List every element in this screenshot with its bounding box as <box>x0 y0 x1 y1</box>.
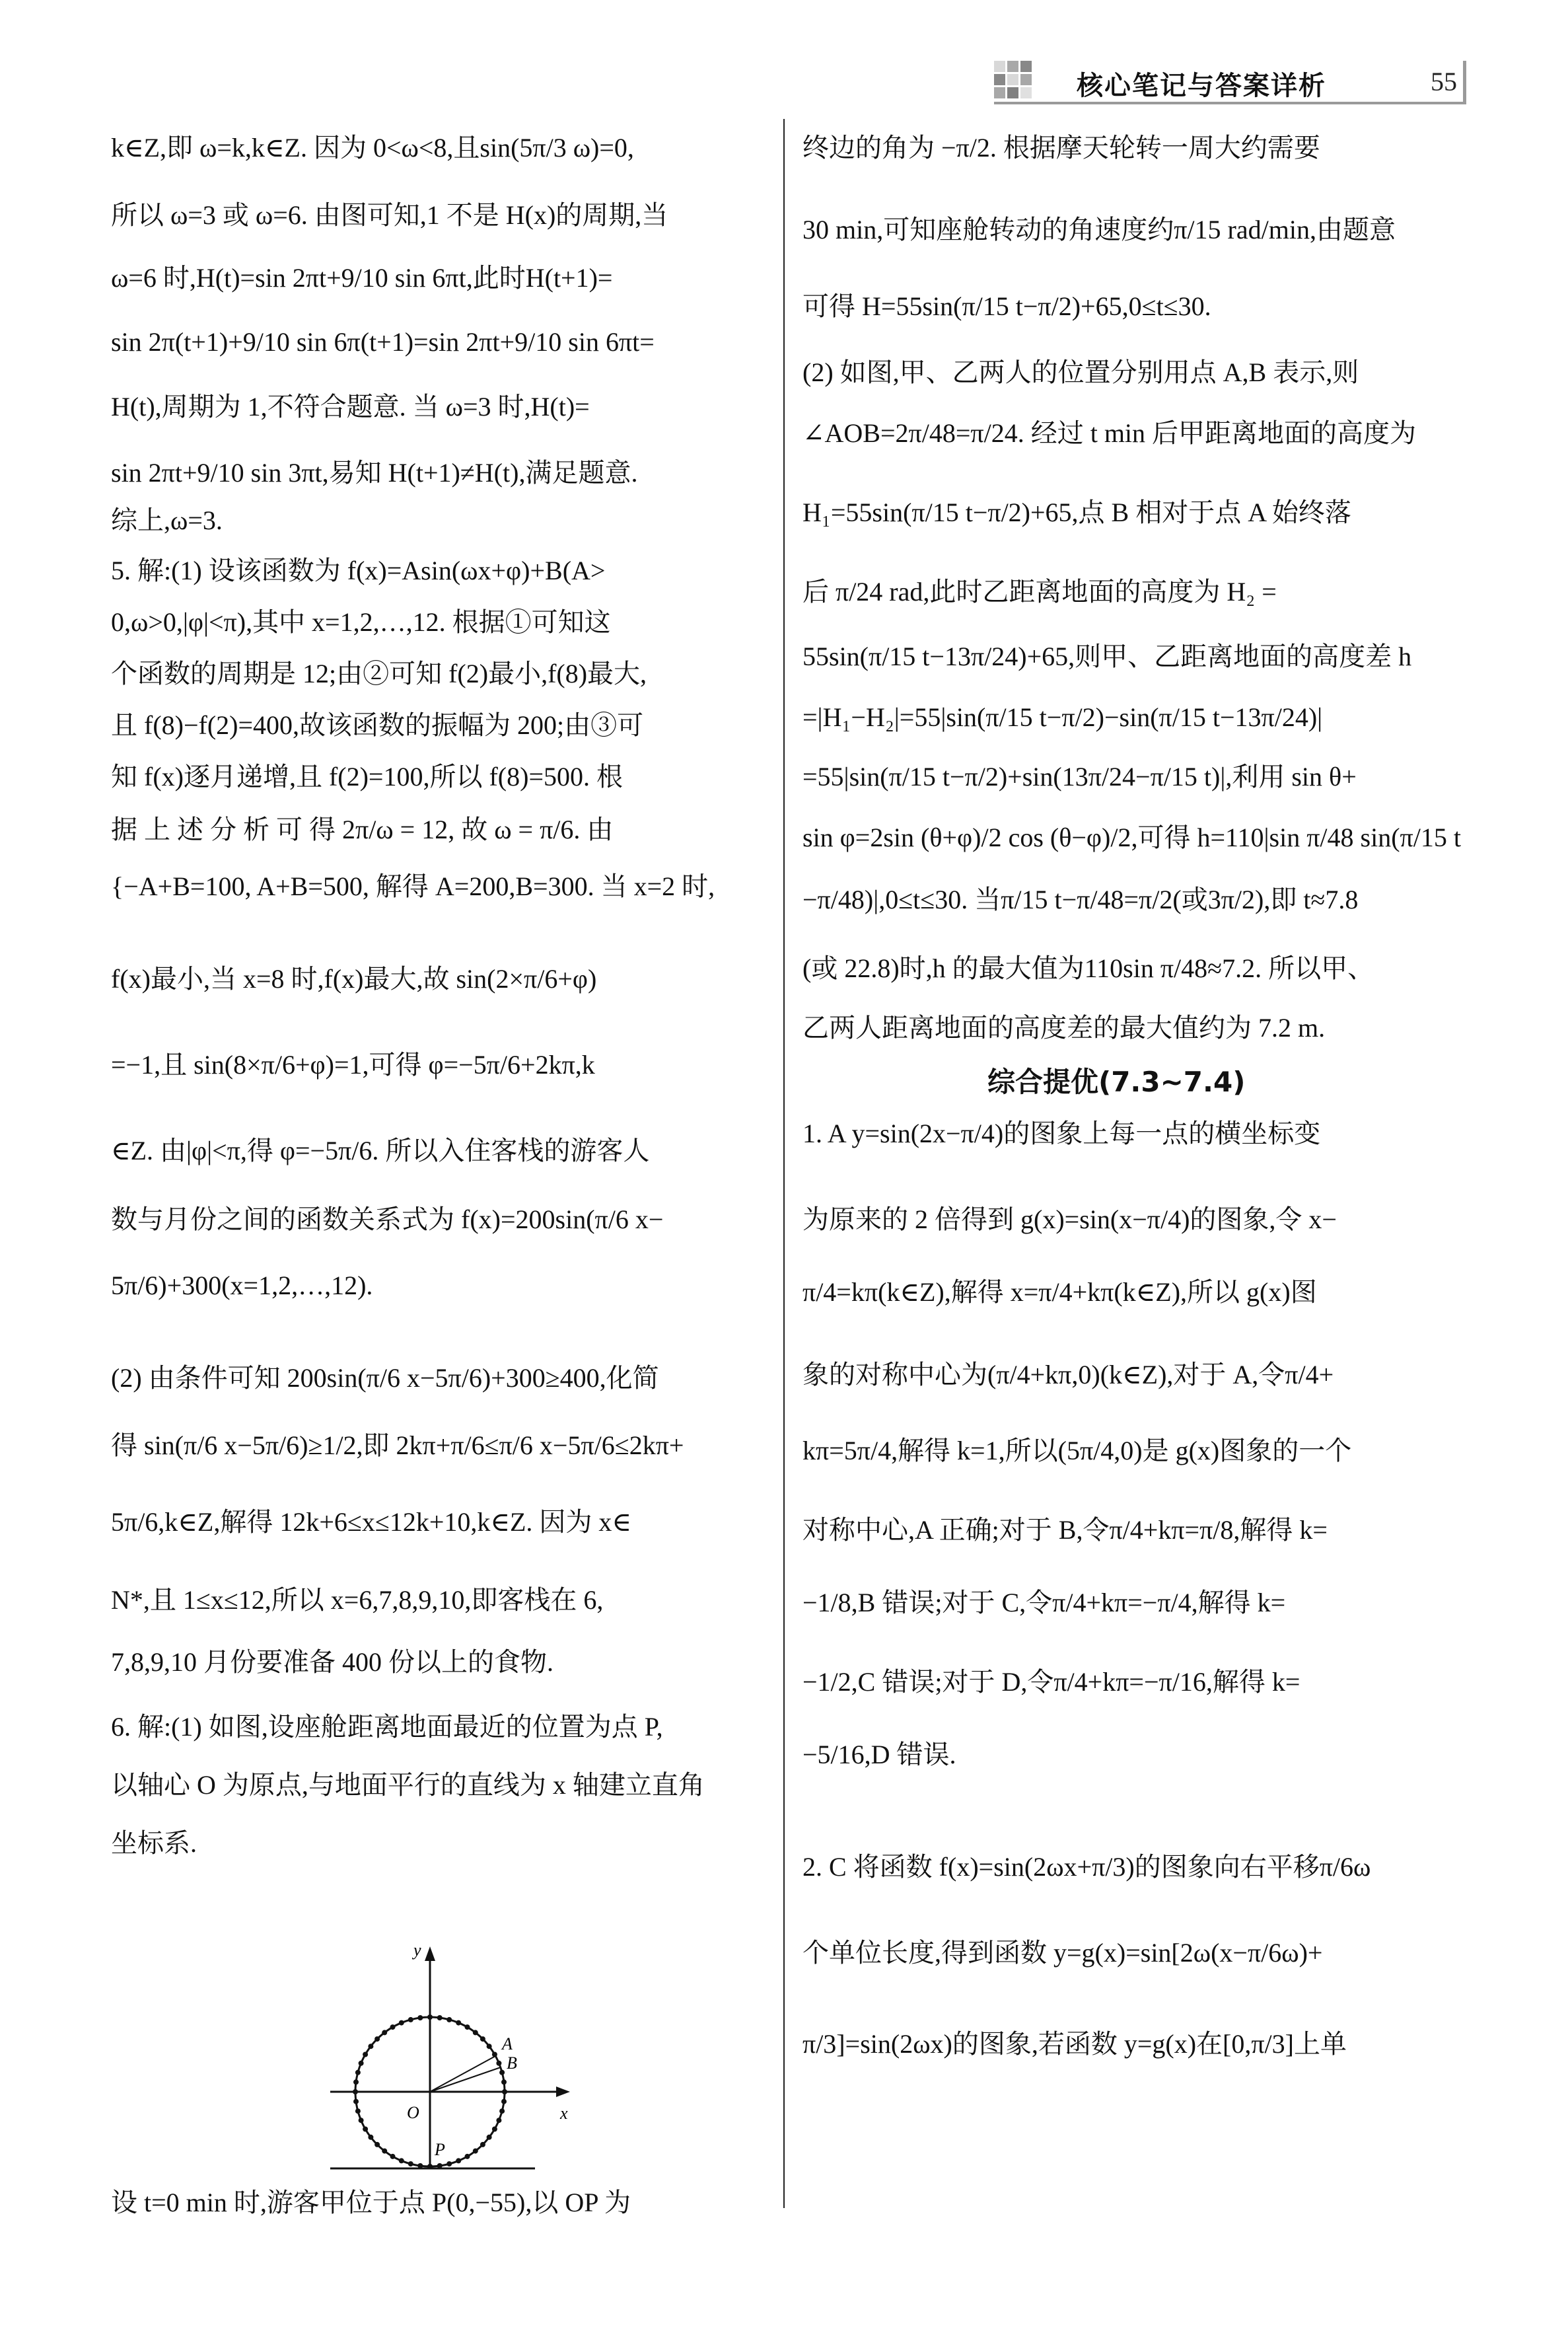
x-axis-label: x <box>559 2104 568 2123</box>
text-line: −1/2,C 错误;对于 D,令π/4+kπ=−π/16,解得 k= <box>802 1665 1300 1699</box>
text-line: 为原来的 2 倍得到 g(x)=sin(x−π/4)的图象,令 x− <box>802 1202 1337 1237</box>
header-side-bar <box>1463 61 1466 104</box>
text-line: H₁=55sin(π/15 t−π/2)+65,点 B 相对于点 A 始终落 <box>802 496 1351 530</box>
text-line: k∈Z,即 ω=k,k∈Z. 因为 0<ω<8,且sin(5π/3 ω)=0, <box>111 131 634 165</box>
text-line: sin 2πt+9/10 sin 3πt,易知 H(t+1)≠H(t),满足题意… <box>111 456 637 490</box>
page-header: 核心笔记与答案详析 55 <box>994 61 1466 104</box>
text-line: 以轴心 O 为原点,与地面平行的直线为 x 轴建立直角 <box>111 1768 705 1802</box>
text-line: kπ=5π/4,解得 k=1,所以(5π/4,0)是 g(x)图象的一个 <box>802 1434 1351 1468</box>
text-line: 55sin(π/15 t−13π/24)+65,则甲、乙距离地面的高度差 h <box>802 640 1411 674</box>
page-number: 55 <box>1431 66 1457 97</box>
point-p-label: P <box>434 2140 445 2159</box>
section-title: 综合提优(7.3~7.4) <box>987 1065 1245 1099</box>
origin-label: O <box>407 2103 419 2122</box>
text-line: 5π/6,k∈Z,解得 12k+6≤x≤12k+10,k∈Z. 因为 x∈ <box>111 1505 631 1539</box>
text-line: 个单位长度,得到函数 y=g(x)=sin[2ω(x−π/6ω)+ <box>802 1936 1322 1970</box>
header-rule <box>994 102 1466 104</box>
header-title: 核心笔记与答案详析 <box>1077 65 1326 102</box>
header-decoration-squares <box>994 61 1034 100</box>
problem-6-start: 6. 解:(1) 如图,设座舱距离地面最近的位置为点 P, <box>111 1710 663 1744</box>
text-line: sin 2π(t+1)+9/10 sin 6π(t+1)=sin 2πt+9/1… <box>111 325 655 359</box>
text-line: 象的对称中心为(π/4+kπ,0)(k∈Z),对于 A,令π/4+ <box>802 1358 1334 1392</box>
text-line: ∈Z. 由|φ|<π,得 φ=−5π/6. 所以入住客栈的游客人 <box>111 1134 649 1168</box>
text-line: −π/48)|,0≤t≤30. 当π/15 t−π/48=π/2(或3π/2),… <box>802 883 1358 917</box>
column-divider <box>783 119 785 2208</box>
point-b-label: B <box>507 2053 517 2073</box>
text-line: −1/8,B 错误;对于 C,令π/4+kπ=−π/4,解得 k= <box>802 1586 1285 1620</box>
problem-2-start: 2. C 将函数 f(x)=sin(2ωx+π/3)的图象向右平移π/6ω <box>802 1850 1371 1884</box>
text-line: 得 sin(π/6 x−5π/6)≥1/2,即 2kπ+π/6≤π/6 x−5π… <box>111 1428 684 1463</box>
text-line: 可得 H=55sin(π/15 t−π/2)+65,0≤t≤30. <box>802 289 1211 324</box>
text-line: 后 π/24 rad,此时乙距离地面的高度为 H₂ = <box>802 575 1277 609</box>
text-line: H(t),周期为 1,不符合题意. 当 ω=3 时,H(t)= <box>111 390 590 424</box>
text-line: (或 22.8)时,h 的最大值为110sin π/48≈7.2. 所以甲、 <box>802 951 1374 986</box>
text-line: π/3]=sin(2ωx)的图象,若函数 y=g(x)在[0,π/3]上单 <box>802 2027 1347 2061</box>
text-line: ∠AOB=2π/48=π/24. 经过 t min 后甲距离地面的高度为 <box>802 416 1416 451</box>
text-line: 30 min,可知座舱转动的角速度约π/15 rad/min,由题意 <box>802 213 1396 247</box>
text-line: 数与月份之间的函数关系式为 f(x)=200sin(π/6 x− <box>111 1202 663 1237</box>
text-line: 乙两人距离地面的高度差的最大值约为 7.2 m. <box>802 1011 1325 1045</box>
text-line: 坐标系. <box>111 1826 197 1861</box>
problem-1-start: 1. A y=sin(2x−π/4)的图象上每一点的横坐标变 <box>802 1117 1320 1151</box>
problem-5-start: 5. 解:(1) 设该函数为 f(x)=Asin(ωx+φ)+B(A> <box>111 554 605 588</box>
text-line: =−1,且 sin(8×π/6+φ)=1,可得 φ=−5π/6+2kπ,k <box>111 1048 595 1082</box>
text-line: 7,8,9,10 月份要准备 400 份以上的食物. <box>111 1645 553 1679</box>
text-line: 所以 ω=3 或 ω=6. 由图可知,1 不是 H(x)的周期,当 <box>111 198 668 233</box>
text-line: (2) 由条件可知 200sin(π/6 x−5π/6)+300≥400,化简 <box>111 1361 659 1395</box>
text-line: 0,ω>0,|φ|<π),其中 x=1,2,…,12. 根据①可知这 <box>111 605 611 640</box>
text-line: −5/16,D 错误. <box>802 1738 956 1772</box>
text-line: 5π/6)+300(x=1,2,…,12). <box>111 1269 373 1303</box>
text-line: f(x)最小,当 x=8 时,f(x)最大,故 sin(2×π/6+φ) <box>111 962 596 996</box>
text-line: 设 t=0 min 时,游客甲位于点 P(0,−55),以 OP 为 <box>111 2186 631 2220</box>
text-line: 且 f(8)−f(2)=400,故该函数的振幅为 200;由③可 <box>111 708 643 743</box>
point-a-label: A <box>501 2034 513 2053</box>
text-line: 个函数的周期是 12;由②可知 f(2)最小,f(8)最大, <box>111 657 647 691</box>
text-line: 终边的角为 −π/2. 根据摩天轮转一周大约需要 <box>802 131 1320 165</box>
text-line: N*,且 1≤x≤12,所以 x=6,7,8,9,10,即客栈在 6, <box>111 1583 603 1617</box>
text-line: ω=6 时,H(t)=sin 2πt+9/10 sin 6πt,此时H(t+1)… <box>111 261 613 295</box>
text-line: sin φ=2sin (θ+φ)/2 cos (θ−φ)/2,可得 h=110|… <box>802 821 1461 855</box>
text-line: 综上,ω=3. <box>111 503 223 538</box>
equation-system: {−A+B=100, A+B=500, 解得 A=200,B=300. 当 x=… <box>111 869 715 904</box>
text-line: =55|sin(π/15 t−π/2)+sin(13π/24−π/15 t)|,… <box>802 760 1357 794</box>
text-line: (2) 如图,甲、乙两人的位置分别用点 A,B 表示,则 <box>802 355 1359 390</box>
text-line: π/4=kπ(k∈Z),解得 x=π/4+kπ(k∈Z),所以 g(x)图 <box>802 1275 1317 1310</box>
text-line: 据 上 述 分 析 可 得 2π/ω = 12, 故 ω = π/6. 由 <box>111 813 613 847</box>
text-line: =|H₁−H₂|=55|sin(π/15 t−π/2)−sin(π/15 t−1… <box>802 700 1322 735</box>
y-axis-label: y <box>411 1940 421 1960</box>
ferris-wheel-diagram: y x O A B P <box>317 1936 581 2187</box>
text-line: 知 f(x)逐月递增,且 f(2)=100,所以 f(8)=500. 根 <box>111 760 623 794</box>
text-line: 对称中心,A 正确;对于 B,令π/4+kπ=π/8,解得 k= <box>802 1513 1328 1547</box>
